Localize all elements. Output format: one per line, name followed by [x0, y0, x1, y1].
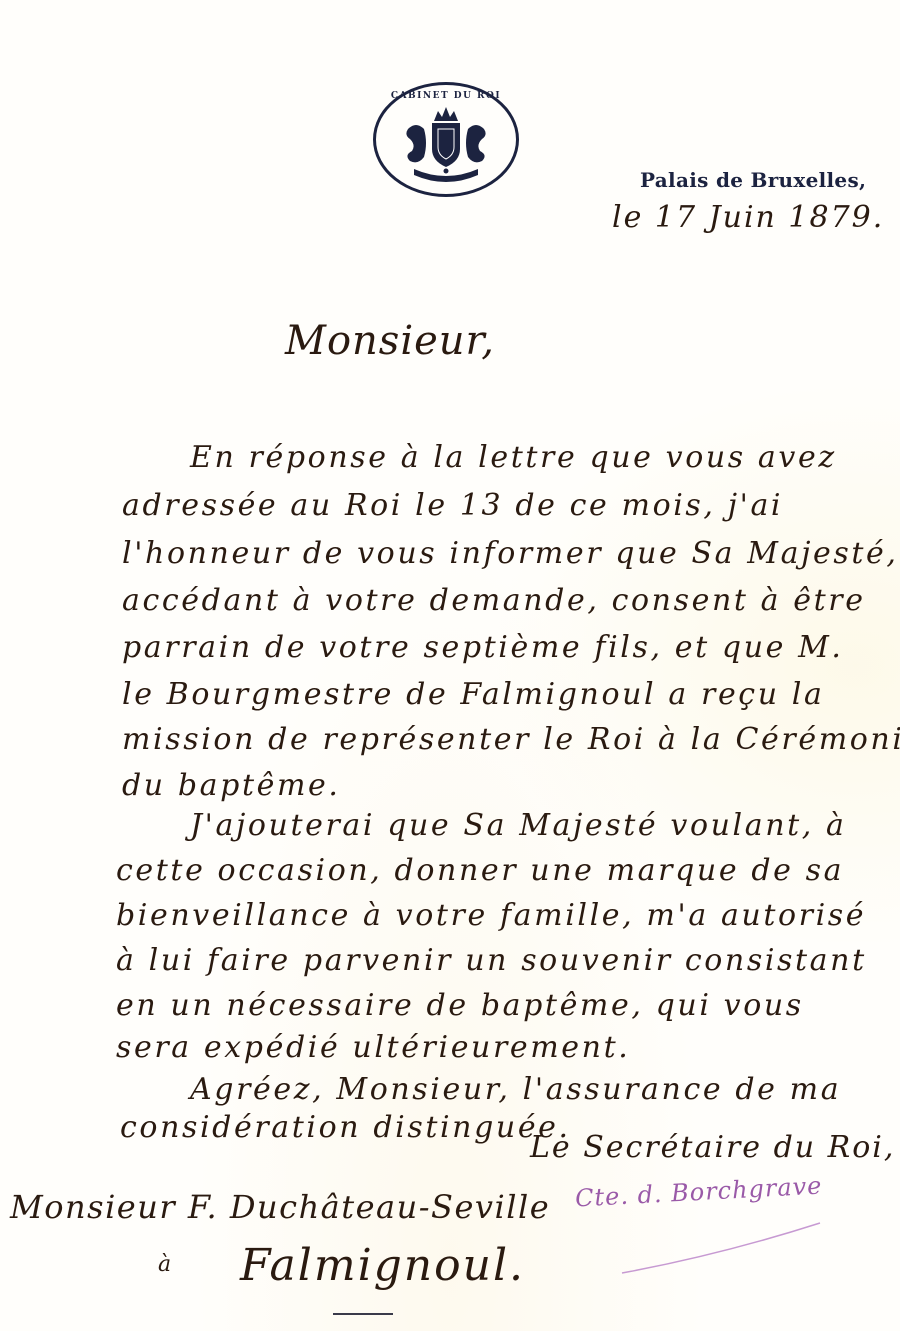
body-line: du baptême. [122, 768, 341, 803]
signature-flourish [620, 1215, 850, 1275]
body-line: à lui faire parvenir un souvenir consist… [116, 943, 867, 978]
secretary-title: Le Secrétaire du Roi, [530, 1130, 895, 1165]
body-line: le Bourgmestre de Falmignoul a reçu la [122, 677, 824, 712]
body-line: bienveillance à votre famille, m'a autor… [116, 898, 866, 933]
salutation: Monsieur, [285, 318, 495, 364]
body-line: sera expédié ultérieurement. [116, 1030, 630, 1065]
body-line: cette occasion, donner une marque de sa [116, 853, 844, 888]
body-line: J'ajouterai que Sa Majesté voulant, à [190, 808, 847, 843]
addressee-prefix: à [158, 1252, 171, 1277]
cabinet-du-roi-seal: CABINET DU ROI [373, 82, 519, 197]
letterhead-place: Palais de Bruxelles, [640, 168, 866, 192]
body-line: En réponse à la lettre que vous avez [190, 440, 837, 475]
body-line: en un nécessaire de baptême, qui vous [116, 988, 804, 1023]
body-line: l'honneur de vous informer que Sa Majest… [122, 536, 898, 571]
body-line: mission de représenter le Roi à la Cérém… [122, 722, 900, 757]
addressee-place: Falmignoul. [240, 1240, 525, 1291]
closing-formula: Agréez, Monsieur, l'assurance de ma [190, 1072, 841, 1107]
body-line: parrain de votre septième fils, et que M… [122, 630, 844, 665]
addressee-name: Monsieur F. Duchâteau-Seville [10, 1188, 550, 1226]
body-line: accédant à votre demande, consent à être [122, 583, 866, 618]
letter-date: le 17 Juin 1879. [612, 200, 884, 235]
body-line: adressée au Roi le 13 de ce mois, j'ai [122, 488, 783, 523]
decorative-underline [333, 1313, 393, 1315]
closing-formula: considération distinguée. [120, 1110, 571, 1145]
royal-coat-of-arms-icon [394, 99, 498, 189]
